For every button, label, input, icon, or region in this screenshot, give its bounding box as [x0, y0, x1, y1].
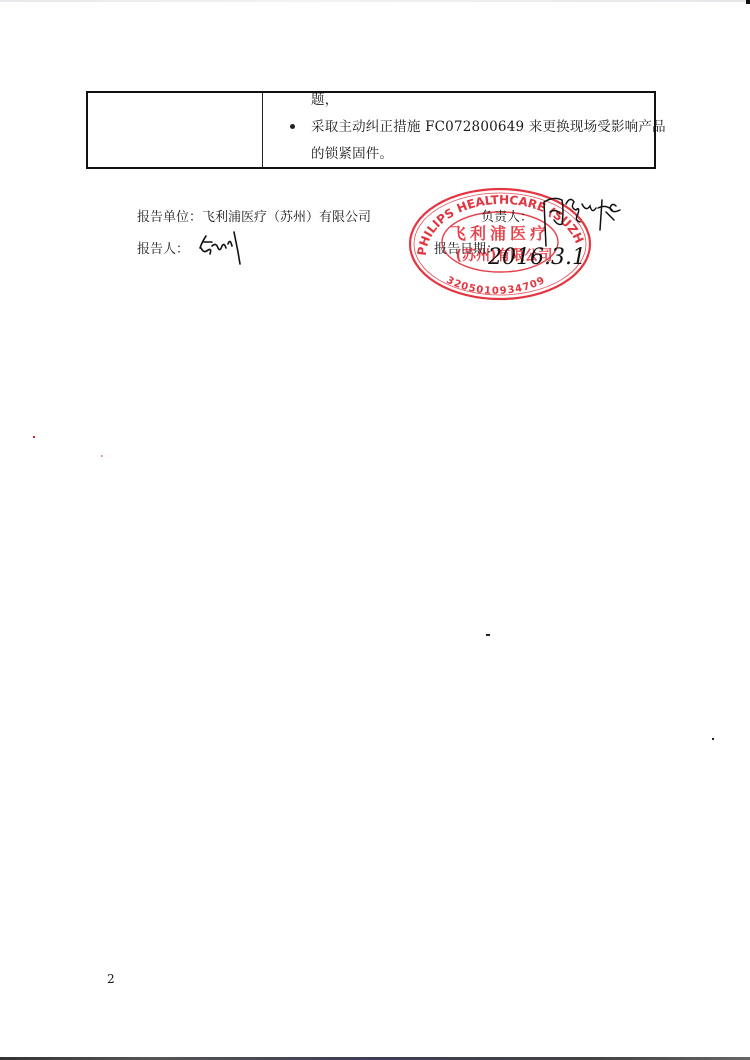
report-unit-value: 飞利浦医疗（苏州）有限公司 — [202, 210, 371, 225]
reporter: 报告人： — [137, 238, 189, 257]
responsible-label: 负责人： — [481, 210, 533, 225]
table-text-line: 题， — [311, 87, 338, 113]
report-unit-label: 报告单位： — [137, 210, 202, 225]
report-unit: 报告单位：飞利浦医疗（苏州）有限公司 — [137, 206, 371, 225]
stamp-code: 3205010934709 — [444, 275, 547, 297]
table-cell-right: 题， 采取主动纠正措施 FC072800649 来更换现场受影响产品 的锁紧固件… — [263, 93, 654, 167]
responsible-person: 负责人： — [481, 206, 533, 225]
report-date: 报告日期： — [434, 238, 499, 257]
table-text-line: 采取主动纠正措施 FC072800649 来更换现场受影响产品 — [311, 114, 666, 140]
reporter-signature — [198, 228, 248, 268]
corrective-action-table: 题， 采取主动纠正措施 FC072800649 来更换现场受影响产品 的锁紧固件… — [86, 91, 656, 169]
bullet-icon — [290, 124, 295, 129]
scan-edge-right — [746, 0, 750, 1060]
table-cell-left — [88, 93, 263, 167]
scan-speck — [33, 436, 35, 438]
scan-speck — [101, 455, 103, 457]
svg-text:3205010934709: 3205010934709 — [444, 275, 547, 297]
scan-speck — [486, 634, 490, 636]
handwritten-date-text: 2016.3.1 — [488, 245, 586, 270]
page-number: 2 — [107, 972, 115, 986]
scan-edge-top — [0, 0, 750, 2]
table-text-line: 的锁紧固件。 — [311, 141, 393, 167]
responsible-signature — [540, 190, 670, 250]
reporter-label: 报告人： — [137, 242, 189, 257]
scan-speck — [712, 738, 714, 740]
document-page: 题， 采取主动纠正措施 FC072800649 来更换现场受影响产品 的锁紧固件… — [0, 0, 750, 1060]
handwritten-date: 2016.3.1 — [488, 240, 608, 280]
report-date-label: 报告日期： — [434, 242, 499, 257]
